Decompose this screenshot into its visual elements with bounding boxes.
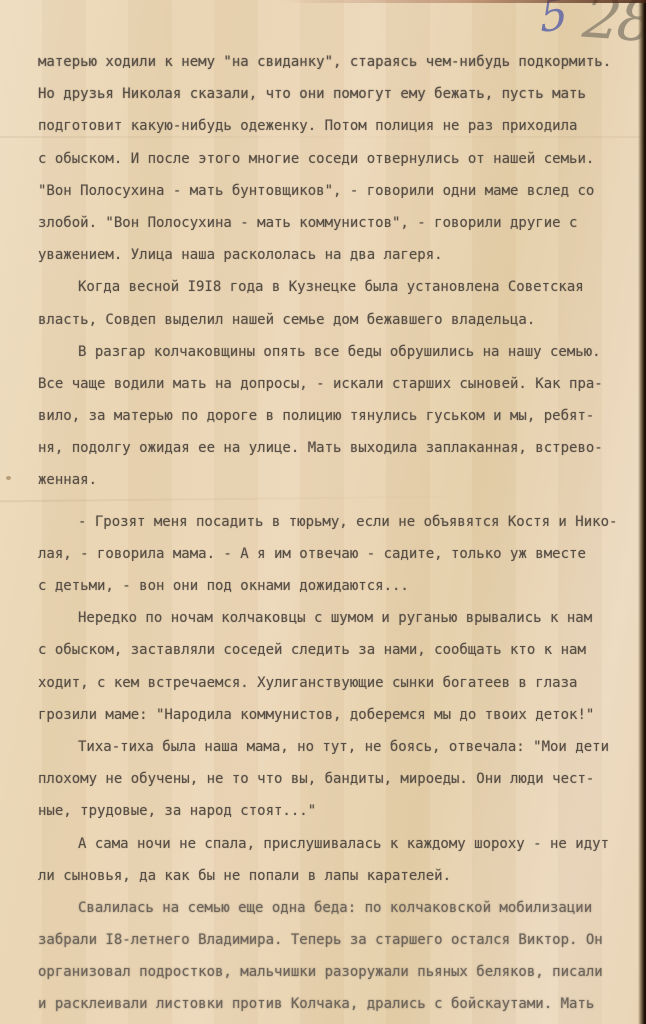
text-line: Но друзья Николая сказали, что они помог…	[38, 78, 628, 110]
text-line: организовал подростков, мальчишки разору…	[38, 956, 628, 988]
text-line: - Грозят меня посадить в тюрьму, если не…	[38, 506, 628, 538]
text-line: подготовит какую-нибудь одеженку. Потом …	[38, 110, 628, 142]
text-line: ные, трудовые, за народ стоят..."	[38, 795, 628, 827]
text-line: Все чаще водили мать на допросы, - искал…	[38, 368, 628, 400]
text-line: власть, Совдеп выделил нашей семье дом б…	[38, 304, 628, 336]
text-line: лая, - говорила мама. - А я им отвечаю -…	[38, 538, 628, 570]
text-line: уважением. Улица наша раскололась на два…	[38, 239, 628, 271]
text-line: с обыском. И после этого многие соседи о…	[38, 143, 628, 175]
text-line: плохому не обучены, не то что вы, бандит…	[38, 763, 628, 795]
text-line: с обыском, заставляли соседей следить за…	[38, 634, 628, 666]
text-line: "Вон Полосухина - мать бунтовщиков", - г…	[38, 175, 628, 207]
text-line: В разгар колчаковщины опять все беды обр…	[38, 336, 628, 368]
text-line: Нередко по ночам колчаковцы с шумом и ру…	[38, 602, 628, 634]
text-line: ли сыновья, да как бы не попали в лапы к…	[38, 860, 628, 892]
text-line: ходит, с кем встречаемся. Хулиганствующи…	[38, 667, 628, 699]
text-line: грозили маме: "Народила коммунистов, доб…	[38, 699, 628, 731]
text-line: Тиха-тиха была наша мама, но тут, не боя…	[38, 731, 628, 763]
typewritten-text: матерью ходили к нему "на свиданку", ста…	[38, 46, 628, 1021]
text-line: Свалилась на семью еще одна беда: по кол…	[38, 892, 628, 924]
text-line: Когда весной I9I8 года в Кузнецке была у…	[38, 271, 628, 303]
text-line: ня, подолгу ожидая ее на улице. Мать вых…	[38, 432, 628, 464]
document-page: 5 28 матерью ходили к нему "на свиданку"…	[0, 0, 646, 1024]
text-line: матерью ходили к нему "на свиданку", ста…	[38, 46, 628, 78]
scan-edge-top	[280, 0, 646, 3]
scan-edge-right	[638, 0, 646, 1024]
text-line: с детьми, - вон они под окнами дожидаютс…	[38, 570, 628, 602]
handwritten-page-number-pencil: 28	[580, 0, 646, 50]
text-line: женная.	[38, 464, 628, 496]
text-line: и расклеивали листовки против Колчака, д…	[38, 988, 628, 1020]
paper-speck	[6, 476, 11, 480]
text-line: А сама ночи не спала, прислушивалась к к…	[38, 828, 628, 860]
text-line: забрали I8-летнего Владимира. Теперь за …	[38, 924, 628, 956]
text-line: вило, за матерью по дороге в полицию тян…	[38, 400, 628, 432]
handwritten-page-number-ink: 5	[539, 0, 568, 40]
text-line: злобой. "Вон Полосухина - мать коммунист…	[38, 207, 628, 239]
